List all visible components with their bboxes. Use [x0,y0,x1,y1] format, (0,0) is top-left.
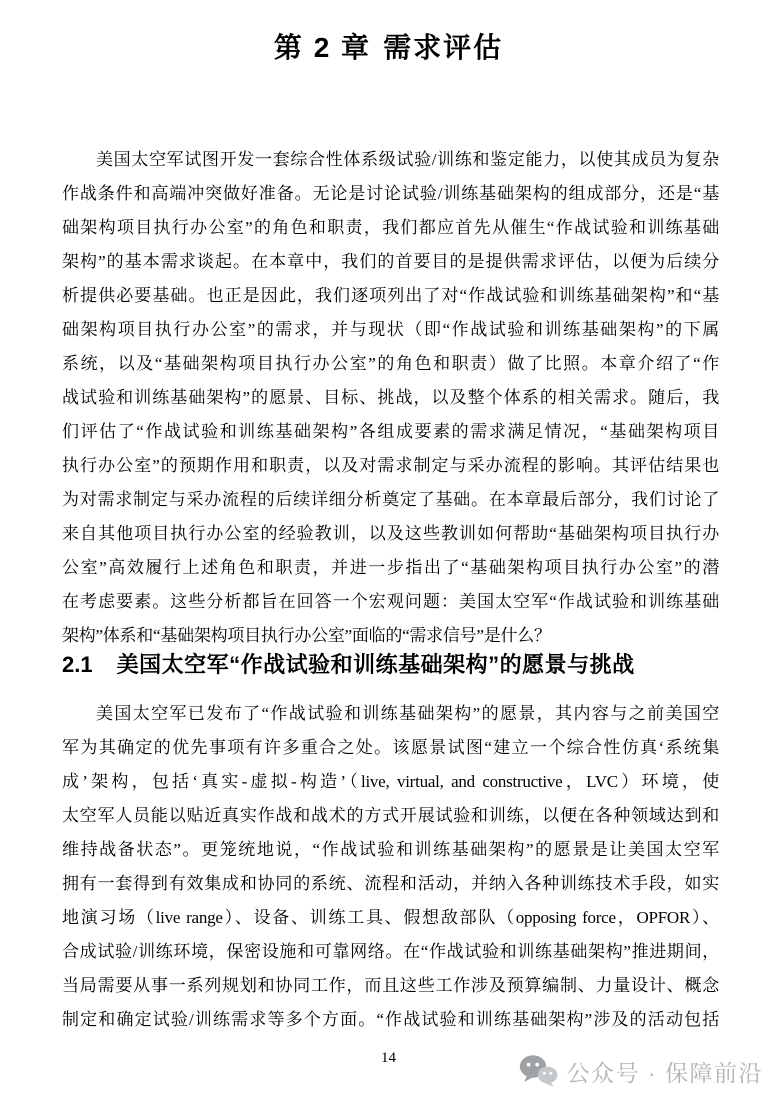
text-line: 太空军人员能以贴近真实作战和战术的方式开展试验和训练，以便在各种领域达到和 [62,799,719,833]
section-heading-2-1: 2.1美国太空军“作战试验和训练基础架构”的愿景与挑战 [62,648,722,679]
wechat-icon [519,1054,558,1088]
section-number: 2.1 [62,652,93,677]
text-line: 当局需要从事一系列规划和协同工作，而且这些工作涉及预算编制、力量设计、概念 [62,969,719,1003]
text-line: 础架构项目执行办公室”的角色和职责，我们都应首先从催生“作战试验和训练基础 [62,211,719,245]
text-line: 础架构项目执行办公室”的需求，并与现状（即“作战试验和训练基础架构”的下属 [62,313,719,347]
section-title-text: 美国太空军“作战试验和训练基础架构”的愿景与挑战 [117,652,635,677]
document-page: 第 2 章需求评估 美国太空军试图开发一套综合性体系级试验/训练和鉴定能力，以使… [0,0,777,1102]
chapter-number: 第 2 章 [274,32,371,63]
text-line: 战试验和训练基础架构”的愿景、目标、挑战，以及整个体系的相关需求。随后，我 [62,381,719,415]
text-line: 们评估了“作战试验和训练基础架构”各组成要素的需求满足情况，“基础架构项目 [62,415,719,449]
text-line: 地演习场（live range）、设备、训练工具、假想敌部队（opposing … [62,901,719,935]
text-line: 析提供必要基础。也正是因此，我们逐项列出了对“作战试验和训练基础架构”和“基 [62,279,719,313]
text-line: 执行办公室”的预期作用和职责，以及对需求制定与采办流程的影响。其评估结果也 [62,449,719,483]
text-line: 成’架构，包括‘真实-虚拟-构造’（live, virtual, and con… [62,765,719,799]
watermark: 公众号 · 保障前沿 [519,1054,763,1088]
text-line: 公室”高效履行上述角色和职责，并进一步指出了“基础架构项目执行办公室”的潜 [62,551,719,585]
watermark-text: 公众号 · 保障前沿 [567,1055,763,1088]
text-line: 为对需求制定与采办流程的后续详细分析奠定了基础。在本章最后部分，我们讨论了 [62,483,719,517]
text-line: 合成试验/训练环境，保密设施和可靠网络。在“作战试验和训练基础架构”推进期间， [62,935,719,969]
text-line: 系统，以及“基础架构项目执行办公室”的角色和职责）做了比照。本章介绍了“作 [62,347,719,381]
text-line: 来自其他项目执行办公室的经验教训，以及这些教训如何帮助“基础架构项目执行办 [62,517,719,551]
text-line: 美国太空军已发布了“作战试验和训练基础架构”的愿景，其内容与之前美国空 [62,697,719,731]
vision-paragraph: 美国太空军已发布了“作战试验和训练基础架构”的愿景，其内容与之前美国空军为其确定… [62,697,719,1037]
intro-paragraph: 美国太空军试图开发一套综合性体系级试验/训练和鉴定能力，以使其成员为复杂作战条件… [62,143,719,653]
chapter-title-text: 需求评估 [383,32,503,63]
chapter-title: 第 2 章需求评估 [0,26,777,66]
text-line: 在考虑要素。这些分析都旨在回答一个宏观问题：美国太空军“作战试验和训练基础 [62,585,719,619]
text-line: 维持战备状态”。更笼统地说，“作战试验和训练基础架构”的愿景是让美国太空军 [62,833,719,867]
text-line: 架构”的基本需求谈起。在本章中，我们的首要目的是提供需求评估，以便为后续分 [62,245,719,279]
text-line: 军为其确定的优先事项有许多重合之处。该愿景试图“建立一个综合性仿真‘系统集 [62,731,719,765]
text-line: 作战条件和高端冲突做好准备。无论是讨论试验/训练基础架构的组成部分，还是“基 [62,177,719,211]
text-line: 拥有一套得到有效集成和协同的系统、流程和活动，并纳入各种训练技术手段，如实 [62,867,719,901]
text-line: 美国太空军试图开发一套综合性体系级试验/训练和鉴定能力，以使其成员为复杂 [62,143,719,177]
text-line: 制定和确定试验/训练需求等多个方面。“作战试验和训练基础架构”涉及的活动包括 [62,1003,719,1037]
